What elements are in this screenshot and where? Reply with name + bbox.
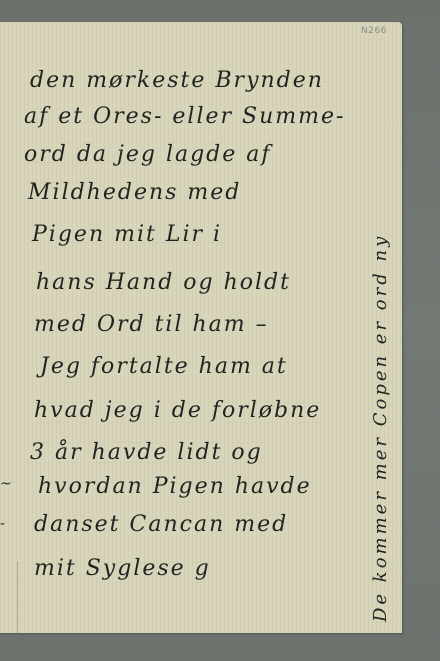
- handwritten-line: ord da jeg lagde af: [24, 142, 272, 167]
- vertical-margin-note: De kommer mer Copen er ord ny: [370, 234, 391, 622]
- catalog-number: N266: [361, 26, 387, 36]
- handwritten-line: af et Ores- eller Summe-: [24, 104, 345, 129]
- handwritten-line: med Ord til ham –: [34, 312, 269, 337]
- handwritten-line: Pigen mit Lir i: [32, 222, 222, 247]
- handwritten-line: den mørkeste Brynden: [30, 68, 324, 93]
- handwritten-line: Jeg fortalte ham at: [40, 354, 288, 379]
- handwritten-line: mit Syglese g: [34, 556, 211, 581]
- handwritten-line: hvordan Pigen havde: [38, 474, 312, 499]
- handwritten-line: Mildhedens med: [28, 180, 241, 205]
- handwritten-line: danset Cancan med: [34, 512, 288, 537]
- handwritten-line: hvad jeg i de forløbne: [34, 398, 321, 423]
- paper-crease: [17, 562, 18, 655]
- left-margin-mark: ~: [0, 476, 12, 492]
- left-margin-mark: -: [0, 516, 5, 532]
- handwritten-line: 3 år havde lidt og: [30, 440, 263, 465]
- handwritten-line: hans Hand og holdt: [36, 270, 291, 295]
